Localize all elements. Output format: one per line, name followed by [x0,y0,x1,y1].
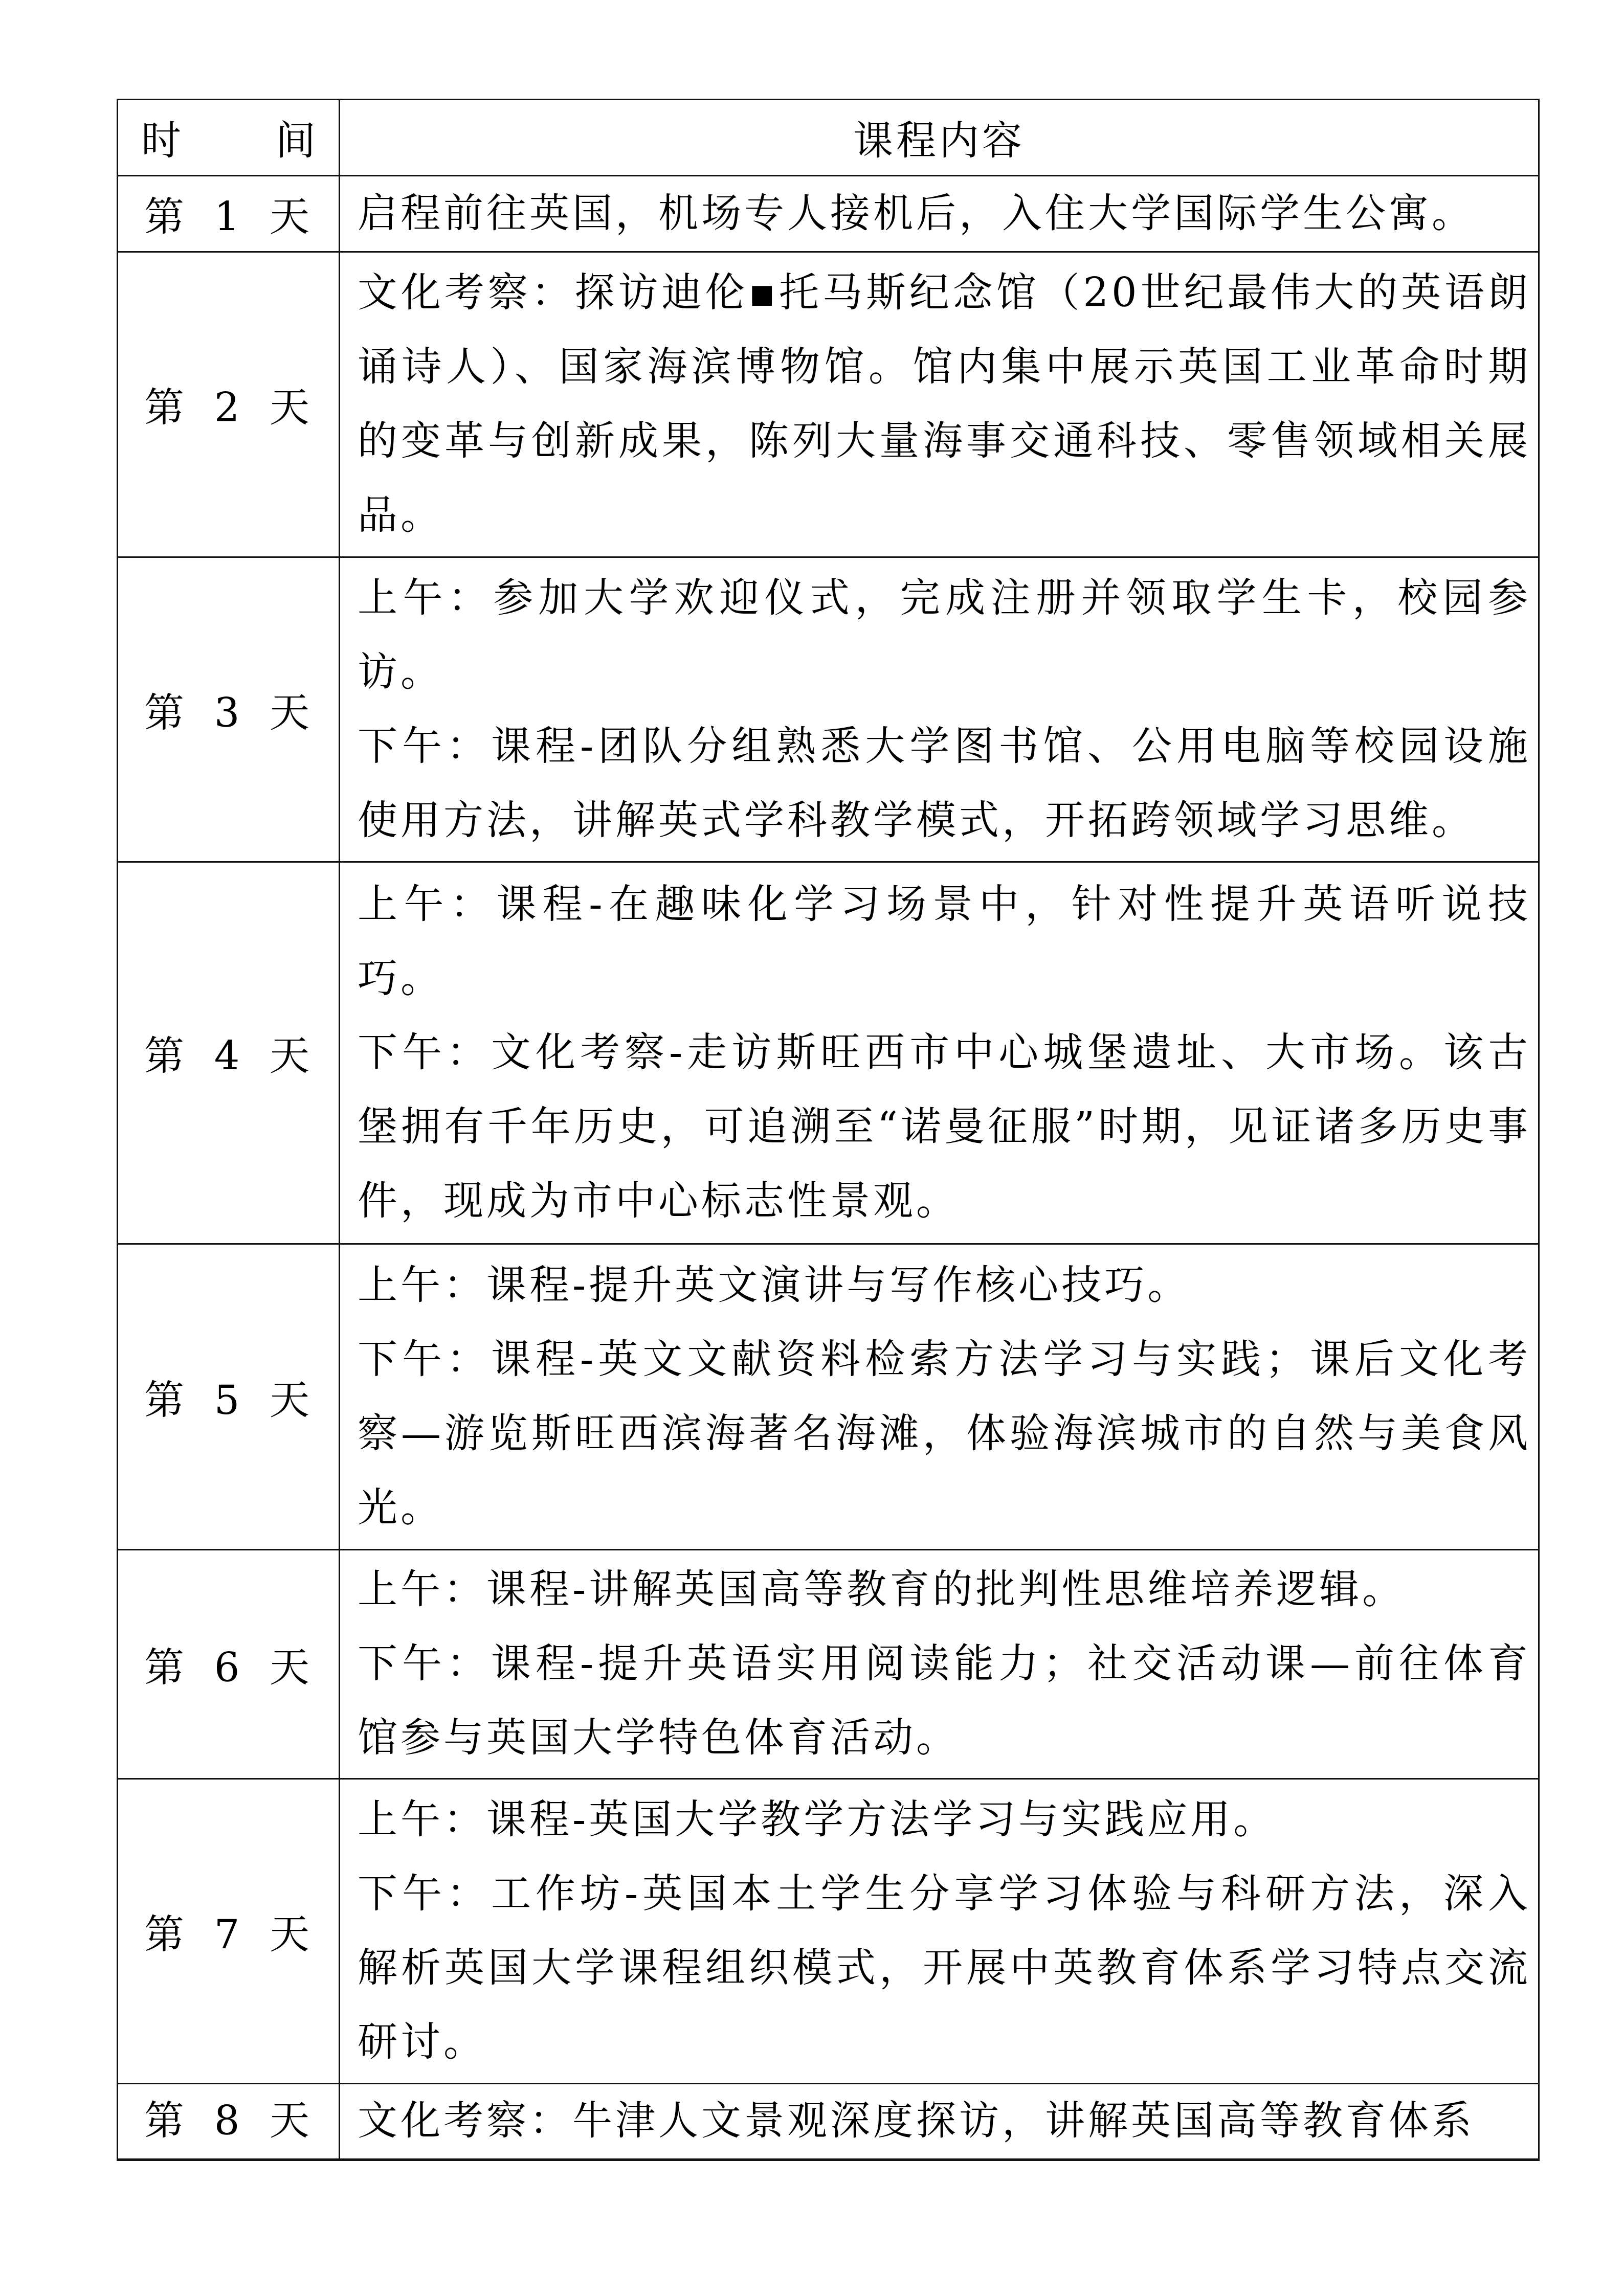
morning-paragraph: 上午：课程-提升英文演讲与写作核心技巧。 [358,1249,1531,1323]
day-label: 第 5 天 [144,1368,313,1426]
content-cell: 上午：课程-提升英文演讲与写作核心技巧。 下午：课程-英文文献资料检索方法学习与… [340,1244,1539,1550]
day-label: 第 8 天 [144,2084,313,2158]
table-row: 第 2 天 文化考察：探访迪伦▪托马斯纪念馆（20世纪最伟大的英语朗诵诗人）、国… [118,252,1539,557]
day-cell: 第 8 天 [118,2084,340,2160]
afternoon-paragraph: 下午：工作坊-英国本土学生分享学习体验与科研方法，深入解析英国大学课程组织模式，… [358,1857,1531,2080]
day-cell: 第 4 天 [118,862,340,1244]
content-paragraph: 文化考察：牛津人文景观深度探访，讲解英国高等教育体系 [358,2084,1531,2158]
table-row: 第 7 天 上午：课程-英国大学教学方法学习与实践应用。 下午：工作坊-英国本土… [118,1779,1539,2084]
table-row: 第 8 天 文化考察：牛津人文景观深度探访，讲解英国高等教育体系 [118,2084,1539,2160]
content-cell: 启程前往英国，机场专人接机后，入住大学国际学生公寓。 [340,176,1539,252]
morning-paragraph: 上午：课程-讲解英国高等教育的批判性思维培养逻辑。 [358,1553,1531,1627]
header-time: 时 间 [118,100,340,176]
day-cell: 第 7 天 [118,1779,340,2084]
day-cell: 第 1 天 [118,176,340,252]
content-paragraph: 文化考察：探访迪伦▪托马斯纪念馆（20世纪最伟大的英语朗诵诗人）、国家海滨博物馆… [358,256,1531,553]
day-cell: 第 2 天 [118,252,340,557]
day-label: 第 4 天 [144,1024,313,1082]
afternoon-paragraph: 下午：课程-提升英语实用阅读能力；社交活动课—前往体育馆参与英国大学特色体育活动… [358,1627,1531,1775]
content-cell: 上午：课程-讲解英国高等教育的批判性思维培养逻辑。 下午：课程-提升英语实用阅读… [340,1550,1539,1779]
day-label: 第 3 天 [144,681,313,738]
document-page: 时 间 课程内容 第 1 天 启程前往英国，机场专人接机后，入住大学国际学生公寓… [0,0,1624,2296]
table-row: 第 5 天 上午：课程-提升英文演讲与写作核心技巧。 下午：课程-英文文献资料检… [118,1244,1539,1550]
content-paragraph: 启程前往英国，机场专人接机后，入住大学国际学生公寓。 [358,177,1531,251]
day-label: 第 7 天 [144,1903,313,1960]
day-cell: 第 3 天 [118,557,340,862]
day-cell: 第 5 天 [118,1244,340,1550]
table-row: 第 4 天 上午：课程-在趣味化学习场景中，针对性提升英语听说技巧。 下午：文化… [118,862,1539,1244]
table-row: 第 1 天 启程前往英国，机场专人接机后，入住大学国际学生公寓。 [118,176,1539,252]
day-label: 第 2 天 [144,376,313,433]
table-header-row: 时 间 课程内容 [118,100,1539,176]
day-label: 第 1 天 [144,185,313,242]
content-cell: 文化考察：探访迪伦▪托马斯纪念馆（20世纪最伟大的英语朗诵诗人）、国家海滨博物馆… [340,252,1539,557]
header-content: 课程内容 [340,100,1539,176]
day-cell: 第 6 天 [118,1550,340,1779]
course-schedule-table: 时 间 课程内容 第 1 天 启程前往英国，机场专人接机后，入住大学国际学生公寓… [117,99,1540,2161]
afternoon-paragraph: 下午：课程-英文文献资料检索方法学习与实践；课后文化考察—游览斯旺西滨海著名海滩… [358,1323,1531,1545]
content-cell: 文化考察：牛津人文景观深度探访，讲解英国高等教育体系 [340,2084,1539,2160]
content-cell: 上午：参加大学欢迎仪式，完成注册并领取学生卡，校园参访。 下午：课程-团队分组熟… [340,557,1539,862]
afternoon-paragraph: 下午：课程-团队分组熟悉大学图书馆、公用电脑等校园设施使用方法，讲解英式学科教学… [358,710,1531,858]
table-row: 第 3 天 上午：参加大学欢迎仪式，完成注册并领取学生卡，校园参访。 下午：课程… [118,557,1539,862]
morning-paragraph: 上午：课程-在趣味化学习场景中，针对性提升英语听说技巧。 [358,868,1531,1016]
day-label: 第 6 天 [144,1636,313,1693]
table-row: 第 6 天 上午：课程-讲解英国高等教育的批判性思维培养逻辑。 下午：课程-提升… [118,1550,1539,1779]
content-cell: 上午：课程-英国大学教学方法学习与实践应用。 下午：工作坊-英国本土学生分享学习… [340,1779,1539,2084]
morning-paragraph: 上午：课程-英国大学教学方法学习与实践应用。 [358,1783,1531,1857]
afternoon-paragraph: 下午：文化考察-走访斯旺西市中心城堡遗址、大市场。该古堡拥有千年历史，可追溯至“… [358,1016,1531,1239]
content-cell: 上午：课程-在趣味化学习场景中，针对性提升英语听说技巧。 下午：文化考察-走访斯… [340,862,1539,1244]
morning-paragraph: 上午：参加大学欢迎仪式，完成注册并领取学生卡，校园参访。 [358,561,1531,710]
header-content-label: 课程内容 [853,118,1025,164]
header-time-label: 时 间 [141,118,357,164]
